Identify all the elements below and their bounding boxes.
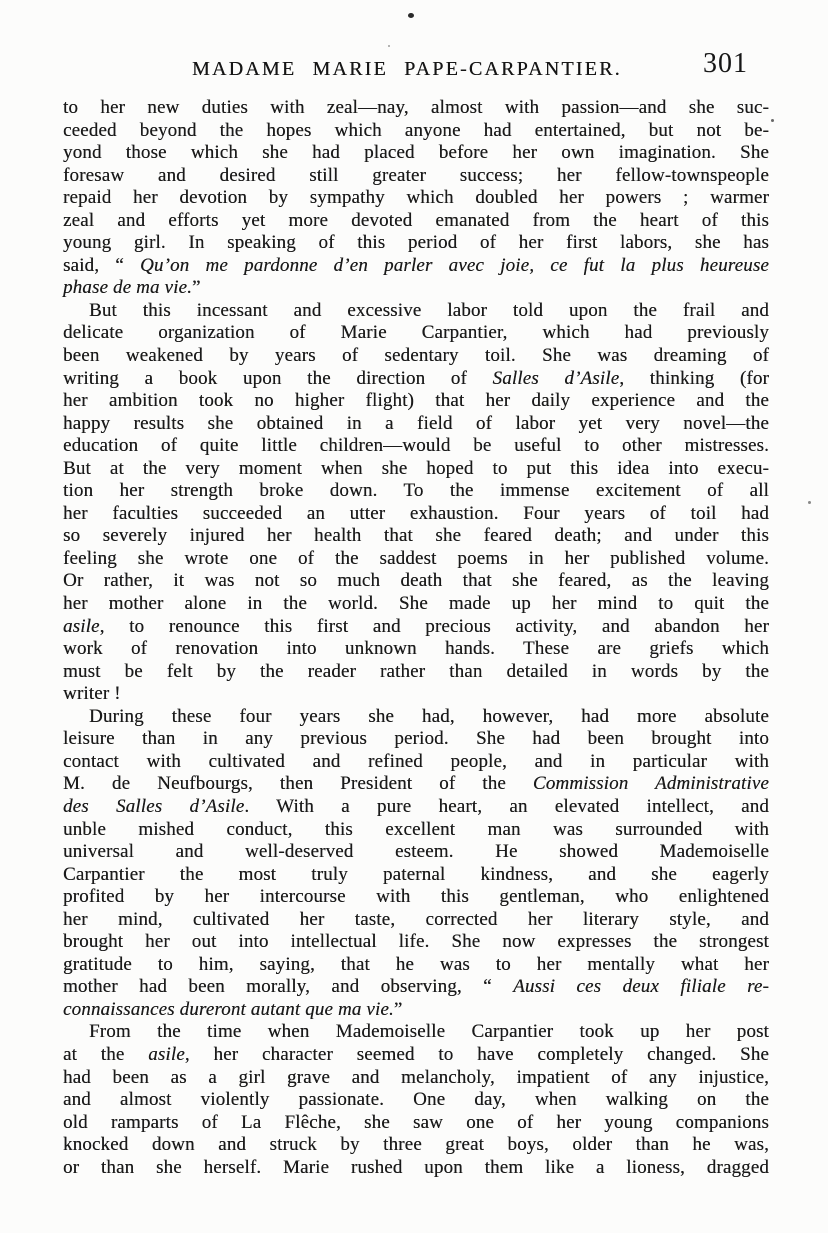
body-text: young girl. In speaking of this period o… xyxy=(63,232,769,253)
body-text: feeling she wrote one of the saddest poe… xyxy=(63,548,769,569)
body-text: zeal and efforts yet more devoted emanat… xyxy=(63,210,769,231)
text-line: contact with cultivated and refined peop… xyxy=(63,751,769,774)
text-line: work of renovation into unknown hands. T… xyxy=(63,638,769,661)
body-text: been weakened by years of sedentary toil… xyxy=(63,345,769,366)
body-text: profited by her intercourse with this ge… xyxy=(63,886,769,907)
italic-text: Aussi ces deux filiale re- xyxy=(513,976,769,997)
text-line: yond those which she had placed before h… xyxy=(63,142,769,165)
body-text: But this incessant and excessive labor t… xyxy=(89,300,769,321)
text-block: to her new duties with zeal—nay, almost … xyxy=(63,97,769,1179)
body-text: at the xyxy=(63,1044,148,1065)
body-text: But at the very moment when she hoped to… xyxy=(63,458,769,479)
text-line: phase de ma vie.” xyxy=(63,277,769,300)
italic-text: Commission Administrative xyxy=(533,773,769,794)
body-text: or than she herself. Marie rushed upon t… xyxy=(63,1157,769,1178)
body-text: writer ! xyxy=(63,683,121,704)
text-line: to her new duties with zeal—nay, almost … xyxy=(63,97,769,120)
text-line: her faculties succeeded an utter exhaust… xyxy=(63,503,769,526)
body-text: education of quite little children—would… xyxy=(63,435,769,456)
italic-text: asile xyxy=(63,616,100,637)
text-line: her mind, cultivated her taste, correcte… xyxy=(63,909,769,932)
body-text: brought her out into intellectual life. … xyxy=(63,931,769,952)
body-text: mother had been morally, and observing, … xyxy=(63,976,513,997)
body-text: her mother alone in the world. She made … xyxy=(63,593,769,614)
body-text: leisure than in any previous period. She… xyxy=(63,728,769,749)
text-line: young girl. In speaking of this period o… xyxy=(63,232,769,255)
body-text: , her character seemed to have completel… xyxy=(185,1044,769,1065)
body-text: delicate organization of Marie Carpantie… xyxy=(63,322,769,343)
text-line: said, “ Qu’on me pardonne d’en parler av… xyxy=(63,255,769,278)
body-text: old ramparts of La Flêche, she saw one o… xyxy=(63,1112,769,1133)
text-line: des Salles d’Asile. With a pure heart, a… xyxy=(63,796,769,819)
italic-text: phase de ma vie. xyxy=(63,277,192,298)
text-line: must be felt by the reader rather than d… xyxy=(63,661,769,684)
text-line: her mother alone in the world. She made … xyxy=(63,593,769,616)
text-line: repaid her devotion by sympathy which do… xyxy=(63,187,769,210)
italic-text: Qu’on me pardonne d’en parler avec joie,… xyxy=(140,255,769,276)
italic-text: des Salles d’Asile xyxy=(63,796,244,817)
body-text: so severely injured her health that she … xyxy=(63,525,769,546)
text-line: From the time when Mademoiselle Carpanti… xyxy=(63,1021,769,1044)
ink-speck xyxy=(808,501,811,504)
text-line: had been as a girl grave and melancholy,… xyxy=(63,1067,769,1090)
text-line: her ambition took no higher flight) that… xyxy=(63,390,769,413)
text-line: tion her strength broke down. To the imm… xyxy=(63,480,769,503)
running-head: MADAME MARIE PAPE-CARPANTIER. 301 xyxy=(63,54,768,86)
text-line: asile, to renounce this first and precio… xyxy=(63,616,769,639)
body-text: must be felt by the reader rather than d… xyxy=(63,661,769,682)
page-title: MADAME MARIE PAPE-CARPANTIER. xyxy=(192,58,622,81)
body-text: to her new duties with zeal—nay, almost … xyxy=(63,97,769,118)
text-line: During these four years she had, however… xyxy=(63,706,769,729)
text-line: Or rather, it was not so much death that… xyxy=(63,570,769,593)
body-text: ceeded beyond the hopes which anyone had… xyxy=(63,120,769,141)
body-text: Or rather, it was not so much death that… xyxy=(63,570,769,591)
text-line: writing a book upon the direction of Sal… xyxy=(63,368,769,391)
text-line: at the asile, her character seemed to ha… xyxy=(63,1044,769,1067)
text-line: ceeded beyond the hopes which anyone had… xyxy=(63,120,769,143)
page-number: 301 xyxy=(703,48,748,80)
body-text: , thinking (for xyxy=(619,368,769,389)
text-line: universal and well-deserved esteem. He s… xyxy=(63,841,769,864)
body-text: repaid her devotion by sympathy which do… xyxy=(63,187,769,208)
text-line: education of quite little children—would… xyxy=(63,435,769,458)
text-line: profited by her intercourse with this ge… xyxy=(63,886,769,909)
body-text: knocked down and struck by three great b… xyxy=(63,1134,769,1155)
text-line: or than she herself. Marie rushed upon t… xyxy=(63,1157,769,1180)
text-line: been weakened by years of sedentary toil… xyxy=(63,345,769,368)
text-line: knocked down and struck by three great b… xyxy=(63,1134,769,1157)
text-line: feeling she wrote one of the saddest poe… xyxy=(63,548,769,571)
body-text: From the time when Mademoiselle Carpanti… xyxy=(89,1021,769,1042)
body-text: writing a book upon the direction of xyxy=(63,368,493,389)
text-line: connaissances dureront autant que ma vie… xyxy=(63,999,769,1022)
body-text: . With a pure heart, an elevated intelle… xyxy=(244,796,769,817)
text-line: unble mished conduct, this excellent man… xyxy=(63,819,769,842)
ink-speck xyxy=(408,13,414,18)
text-line: leisure than in any previous period. She… xyxy=(63,728,769,751)
body-text: M. de Neufbourgs, then President of the xyxy=(63,773,533,794)
book-page: MADAME MARIE PAPE-CARPANTIER. 301 to her… xyxy=(0,0,828,1233)
italic-text: connaissances dureront autant que ma vie… xyxy=(63,999,394,1020)
text-line: gratitude to him, saying, that he was to… xyxy=(63,954,769,977)
body-text: her ambition took no higher flight) that… xyxy=(63,390,769,411)
body-text: her faculties succeeded an utter exhaust… xyxy=(63,503,769,524)
text-line: foresaw and desired still greater succes… xyxy=(63,165,769,188)
text-line: mother had been morally, and observing, … xyxy=(63,976,769,999)
ink-speck xyxy=(388,45,390,47)
body-text: yond those which she had placed before h… xyxy=(63,142,769,163)
text-line: brought her out into intellectual life. … xyxy=(63,931,769,954)
body-text: and almost violently passionate. One day… xyxy=(63,1089,769,1110)
body-text: foresaw and desired still greater succes… xyxy=(63,165,769,186)
body-text: Carpantier the most truly paternal kindn… xyxy=(63,864,769,885)
body-text: , to renounce this first and precious ac… xyxy=(100,616,769,637)
text-line: delicate organization of Marie Carpantie… xyxy=(63,322,769,345)
text-line: zeal and efforts yet more devoted emanat… xyxy=(63,210,769,233)
italic-text: asile xyxy=(148,1044,185,1065)
body-text: work of renovation into unknown hands. T… xyxy=(63,638,769,659)
ink-speck xyxy=(771,119,774,122)
body-text: During these four years she had, however… xyxy=(89,706,769,727)
text-line: writer ! xyxy=(63,683,769,706)
text-line: happy results she obtained in a field of… xyxy=(63,413,769,436)
body-text: her mind, cultivated her taste, correcte… xyxy=(63,909,769,930)
body-text: universal and well-deserved esteem. He s… xyxy=(63,841,769,862)
text-line: But this incessant and excessive labor t… xyxy=(63,300,769,323)
text-line: and almost violently passionate. One day… xyxy=(63,1089,769,1112)
text-line: M. de Neufbourgs, then President of the … xyxy=(63,773,769,796)
body-text: said, “ xyxy=(63,255,140,276)
body-text: gratitude to him, saying, that he was to… xyxy=(63,954,769,975)
text-line: so severely injured her health that she … xyxy=(63,525,769,548)
body-text: tion her strength broke down. To the imm… xyxy=(63,480,769,501)
body-text: ” xyxy=(394,999,403,1020)
body-text: ” xyxy=(192,277,201,298)
body-text: had been as a girl grave and melancholy,… xyxy=(63,1067,769,1088)
body-text: happy results she obtained in a field of… xyxy=(63,413,769,434)
text-line: Carpantier the most truly paternal kindn… xyxy=(63,864,769,887)
italic-text: Salles d’Asile xyxy=(493,368,620,389)
body-text: contact with cultivated and refined peop… xyxy=(63,751,769,772)
text-line: old ramparts of La Flêche, she saw one o… xyxy=(63,1112,769,1135)
text-line: But at the very moment when she hoped to… xyxy=(63,458,769,481)
body-text: unble mished conduct, this excellent man… xyxy=(63,819,769,840)
